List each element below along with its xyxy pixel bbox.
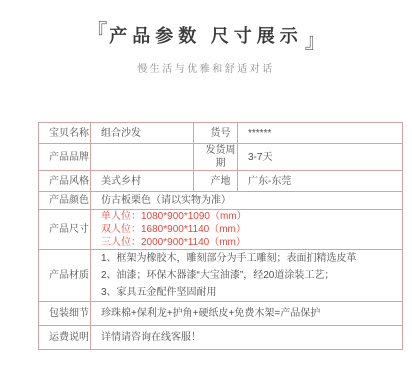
table-row: 产品尺寸 单人位：1080*900*1090（mm） 双人位：1680*900*… (39, 210, 403, 250)
size-line-triple: 三人位：2000*900*1140（mm） (101, 236, 402, 249)
item-number-value: ****** (238, 123, 403, 144)
color-value: 仿古板栗色（请以实物为准） (91, 192, 403, 210)
item-name-value: 组合沙发 (91, 123, 194, 144)
color-label: 产品颜色 (39, 192, 91, 210)
freight-label: 运费说明 (39, 326, 91, 350)
packing-value: 珍珠棉+保利龙+护角+硬纸皮+免费木架=产品保护 (91, 302, 403, 326)
origin-value: 广东-东莞 (238, 171, 403, 192)
size-line-double: 双人位：1680*900*1140（mm） (101, 223, 402, 236)
delivery-cycle-label: 发货周期 (194, 144, 238, 171)
delivery-cycle-value: 3-7天 (238, 144, 403, 171)
product-params-table: 宝贝名称 组合沙发 货号 ****** 产品品牌 发货周期 3-7天 产品风格 … (38, 122, 403, 350)
page-header: 『 产品参数 尺寸展示 』 慢生活与优雅和舒适对话 (0, 0, 412, 75)
table-row: 运费说明 详情请咨询在线客服！ (39, 326, 403, 350)
material-line-hardware: 3、家具五金配件坚固耐用 (101, 284, 402, 301)
table-row: 包装细节 珍珠棉+保利龙+护角+硬纸皮+免费木架=产品保护 (39, 302, 403, 326)
title-bracket-left-icon: 『 (86, 18, 107, 47)
brand-label: 产品品牌 (39, 144, 91, 171)
item-number-label: 货号 (194, 123, 238, 144)
page-title: 『 产品参数 尺寸展示 』 (0, 22, 412, 51)
origin-label: 产地 (194, 171, 238, 192)
material-label: 产品材质 (39, 250, 91, 302)
table-row: 产品颜色 仿古板栗色（请以实物为准） (39, 192, 403, 210)
item-name-label: 宝贝名称 (39, 123, 91, 144)
style-label: 产品风格 (39, 171, 91, 192)
table-row: 产品风格 美式乡村 产地 广东-东莞 (39, 171, 403, 192)
title-bracket-right-icon: 』 (305, 27, 326, 56)
size-line-single: 单人位：1080*900*1090（mm） (101, 210, 402, 223)
page-title-text: 产品参数 尺寸展示 (109, 24, 303, 49)
material-line-paint: 2、油漆；环保木器漆“大宝油漆”，经20道涂装工艺； (101, 267, 402, 284)
packing-label: 包装细节 (39, 302, 91, 326)
material-line-frame: 1、框架为橡胶木，雕刻部分为手工雕刻；表面扪精选皮革 (101, 250, 402, 267)
brand-value (91, 144, 194, 171)
page-subtitle: 慢生活与优雅和舒适对话 (0, 60, 412, 75)
freight-value: 详情请咨询在线客服！ (91, 326, 403, 350)
size-label: 产品尺寸 (39, 210, 91, 250)
table-row: 产品品牌 发货周期 3-7天 (39, 144, 403, 171)
table-row: 产品材质 1、框架为橡胶木，雕刻部分为手工雕刻；表面扪精选皮革 2、油漆；环保木… (39, 250, 403, 302)
table-row: 宝贝名称 组合沙发 货号 ****** (39, 123, 403, 144)
style-value: 美式乡村 (91, 171, 194, 192)
material-value: 1、框架为橡胶木，雕刻部分为手工雕刻；表面扪精选皮革 2、油漆；环保木器漆“大宝… (91, 250, 403, 302)
product-params-page: 『 产品参数 尺寸展示 』 慢生活与优雅和舒适对话 宝贝名称 组合沙发 货号 *… (0, 0, 412, 372)
size-value: 单人位：1080*900*1090（mm） 双人位：1680*900*1140（… (91, 210, 403, 250)
